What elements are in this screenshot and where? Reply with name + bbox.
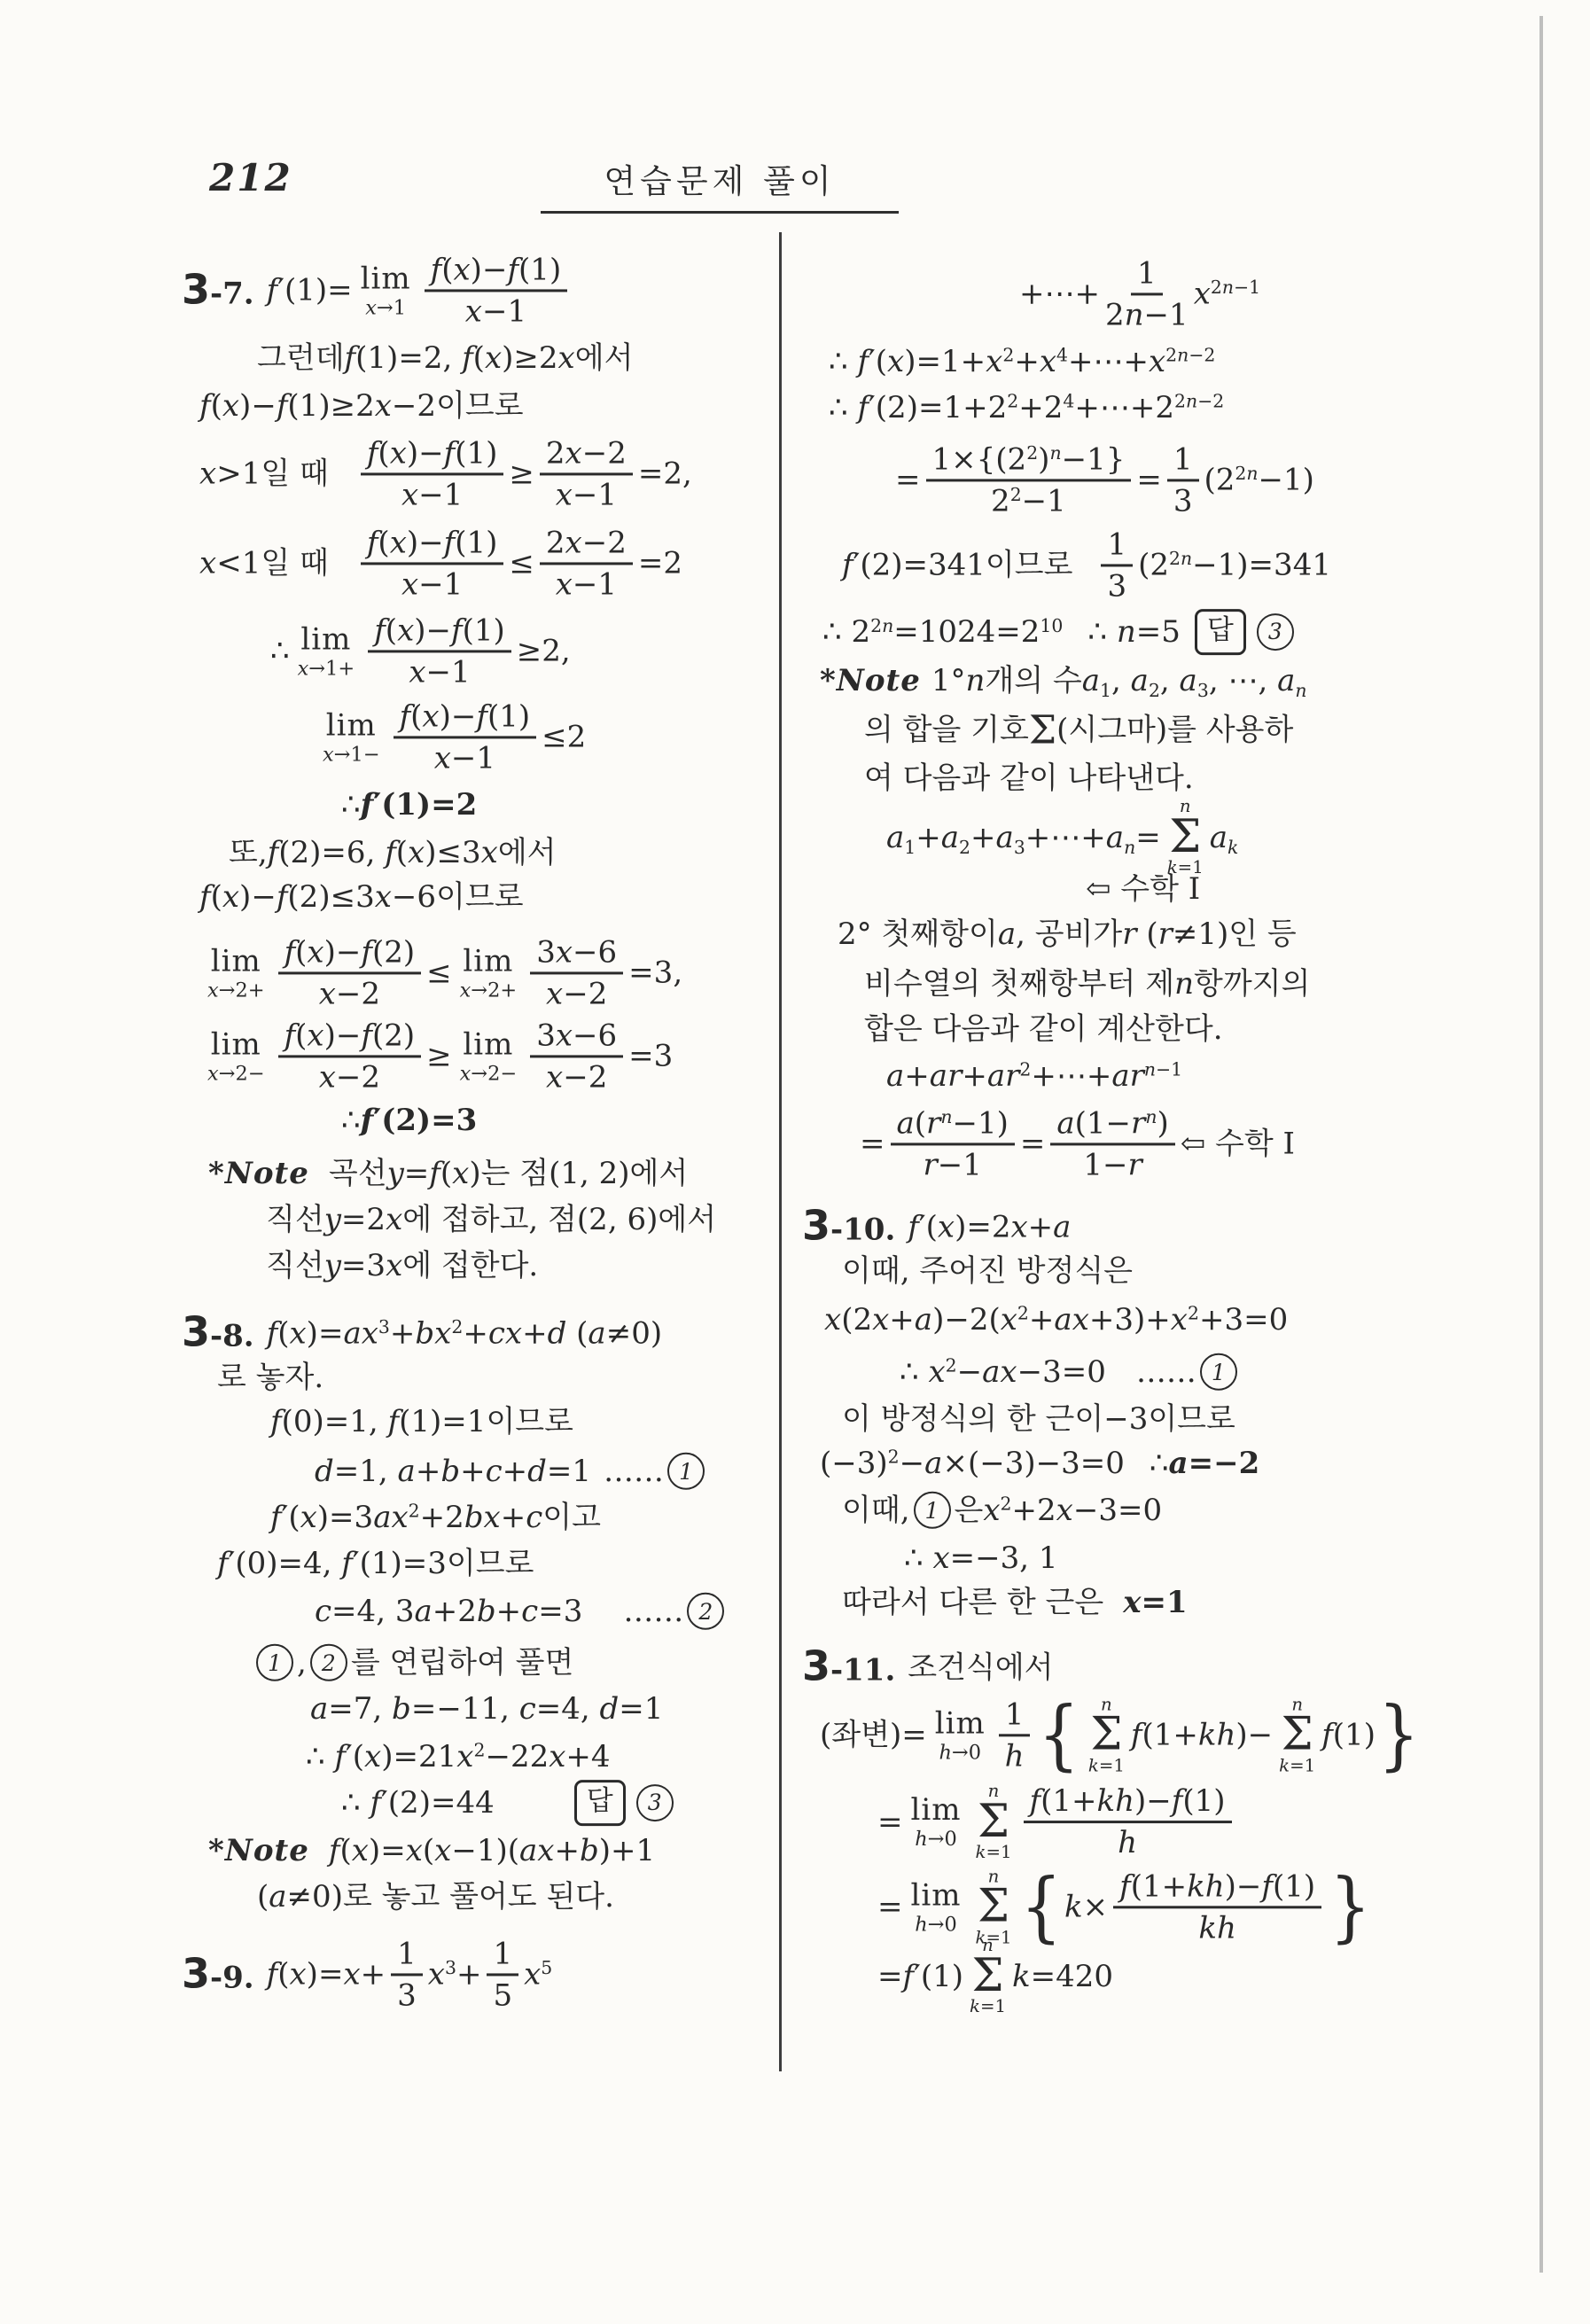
content-line: ∴ f′(x)=1+x2+x4+⋯+x2n−2	[829, 343, 1215, 381]
content-line: 3-11.조건식에서	[802, 1645, 1054, 1689]
sigma-sum: nΣk=1	[1279, 1696, 1315, 1775]
content-line: x<1일 때f(x)−f(1)x−1≤2x−2x−1=2	[199, 526, 682, 601]
limit-operator: limx→2−	[460, 1029, 518, 1083]
superscript: 2	[473, 1740, 485, 1763]
superscript: 2	[1002, 345, 1014, 368]
text-run: 이때, 주어진 방정식은	[842, 1252, 1133, 1291]
math-run: f(0)=1, f(1)=1	[270, 1403, 486, 1441]
fraction-denominator: x−2	[546, 975, 607, 1011]
sigma-icon: Σ	[1090, 1714, 1122, 1757]
problem-label-big: 3	[182, 1953, 210, 1993]
big-brace: }	[1378, 1688, 1420, 1783]
limit-word: lim	[935, 1708, 986, 1738]
text-run: 일 때	[261, 545, 329, 583]
text-run: 이므로	[436, 878, 524, 916]
content-line: 2° 첫째항이 a, 공비가 r (r≠1)인 등	[838, 916, 1297, 954]
fraction-denominator: x−1	[556, 565, 617, 602]
sum-lower: k=1	[1088, 1757, 1125, 1775]
math-run: =	[877, 1889, 903, 1927]
limit-subscript: h→0	[915, 1915, 957, 1934]
math-run: 10	[1040, 615, 1063, 636]
text-run: 이므로	[1148, 1400, 1235, 1439]
fraction-denominator: 3	[1107, 567, 1126, 604]
content-line: d=1, a+b+c+d=1……1	[315, 1453, 708, 1491]
content-line: 직선 y=2x에 접하고, 점 (2, 6)에서	[266, 1201, 716, 1239]
content-line: c=4, 3a+2b+c=3……2	[315, 1593, 728, 1631]
math-run: x2+2x−3=0	[983, 1492, 1162, 1530]
content-line: x>1일 때f(x)−f(1)x−1≥2x−2x−1=2,	[199, 436, 692, 511]
problem-label-big: 3	[802, 1645, 830, 1686]
math-run: 2x−2	[546, 525, 627, 560]
note-label: *Note	[208, 1832, 309, 1870]
math-run: 3	[1014, 837, 1025, 858]
superscript: 4	[1063, 391, 1074, 414]
math-run: x−1	[465, 294, 526, 330]
content-line: ∴ f′(2)=44답3	[341, 1780, 677, 1826]
superscript: n	[1145, 1107, 1157, 1127]
text-run: , 공비가	[1016, 916, 1122, 954]
fraction-numerator: f(x)−f(1)	[394, 699, 537, 738]
math-run: f′(x)=3ax2+2bx+c	[270, 1499, 542, 1537]
content-line: x(2x+a)−2(x2+ax+3)+x2+3=0	[824, 1301, 1288, 1339]
content-line: (−3)2−a×(−3)−3=0∴ a=−2	[820, 1445, 1259, 1483]
math-run: =3	[628, 1038, 673, 1076]
problem-label: 3-10.	[802, 1205, 895, 1249]
limit-word: lim	[326, 710, 377, 740]
text-run: 곡선	[329, 1155, 387, 1193]
fraction-numerator: f(x)−f(2)	[278, 935, 422, 974]
content-line: *Note곡선 y=f(x)는 점 (1, 2)에서	[208, 1155, 688, 1193]
math-run: ≥2,	[517, 633, 571, 671]
limit-subscript: h→0	[939, 1743, 981, 1762]
content-line: *Notef(x)=x(x−1)(ax+b)+1	[208, 1832, 655, 1870]
math-run: ≤2	[542, 719, 586, 757]
fraction-numerator: 1	[487, 1937, 518, 1976]
math-run: f(x)−f(1)	[367, 525, 498, 560]
math-run: 2n−2	[1165, 345, 1215, 366]
math-run: 3x−6	[536, 934, 617, 970]
math-run: 1	[1173, 441, 1193, 477]
sum-lower: k=1	[976, 1844, 1012, 1862]
problem-label: 3-9.	[182, 1953, 254, 1997]
fraction: 13	[391, 1937, 423, 2012]
math-run: 1	[397, 1936, 417, 1971]
fraction-denominator: x−2	[546, 1058, 607, 1095]
fraction: f(x)−f(1)x−1	[425, 253, 568, 328]
content-line: 그런데 f(1)=2, f(x)≥2x에서	[257, 339, 633, 378]
limit-subscript: x→1+	[298, 659, 355, 678]
sigma-icon: Σ	[1169, 816, 1201, 859]
circled-number: 1	[667, 1453, 705, 1490]
content-line: 로 놓자.	[217, 1359, 323, 1397]
text-run: 에서	[658, 1201, 716, 1239]
math-run: x→1+	[298, 657, 355, 680]
fraction: 3x−6x−2	[530, 935, 623, 1010]
superscript: 2	[1001, 1493, 1012, 1517]
math-run: f(1+kh)−	[1131, 1717, 1273, 1755]
fraction-denominator: h	[1005, 1736, 1025, 1773]
text-run: 합은 다음과 같이 계산한다.	[864, 1010, 1223, 1049]
math-run: x→2+	[207, 979, 265, 1002]
fraction-numerator: f(1+kh)−f(1)	[1113, 1869, 1321, 1908]
subscript: 2	[959, 837, 970, 860]
math-run: f(x)=x(x−1)(ax+b)+1	[329, 1832, 655, 1870]
math-run: a=7, b=−11, c=4, d=1	[310, 1690, 663, 1728]
content-line: 의 합을 기호 Σ(시그마)를 사용하	[864, 706, 1293, 754]
text-run: 이므로	[486, 1403, 573, 1441]
content-line: ∴ f′(1)=2	[341, 786, 477, 824]
math-run: a+ar+ar2+⋯+arn−1	[886, 1057, 1182, 1096]
math-run: 1	[1107, 526, 1126, 562]
problem-label: 3-11.	[802, 1645, 895, 1689]
math-run: k×	[1064, 1889, 1108, 1927]
text-run: 에 접한다.	[402, 1247, 538, 1285]
content-line: f(x)−f(1)≥2x−2이므로	[199, 387, 524, 425]
sum-lower: k=1	[970, 1998, 1006, 2016]
math-run: 3	[1173, 484, 1193, 519]
fraction-denominator: 3	[397, 1977, 417, 2013]
math-run: f(1)	[1321, 1717, 1376, 1755]
subscript: 2	[1149, 680, 1160, 703]
math-run: a(rn−1)	[897, 1105, 1009, 1141]
content-line: 1, 2를 연립하여 풀면	[253, 1644, 573, 1682]
math-run: f(1)=2, f(x)≥2x	[345, 339, 575, 378]
fraction: f(x)−f(1)x−1	[394, 699, 537, 775]
fraction-denominator: 1−r	[1083, 1146, 1142, 1182]
sum-lower: k=1	[1279, 1757, 1315, 1775]
subscript: 1	[1100, 680, 1111, 703]
math-run: x>1	[199, 456, 261, 494]
fraction-denominator: 2n−1	[1105, 296, 1189, 332]
math-run: f′(2)=3	[361, 1102, 478, 1140]
math-run: 1	[904, 837, 916, 858]
big-brace: }	[1329, 1860, 1371, 1955]
math-run: 2n−1	[1105, 298, 1189, 333]
subscript: n	[1124, 837, 1135, 860]
note-label: *Note	[208, 1155, 309, 1193]
math-run: 3	[397, 1978, 417, 2014]
math-run: 2	[473, 1740, 485, 1761]
math-run: f(1+kh)−f(1)	[1119, 1868, 1315, 1904]
math-run: 3	[445, 1958, 456, 1979]
math-run: h→0	[915, 1913, 957, 1936]
content-line: ∴ x2−ax−3=0……1	[900, 1353, 1241, 1392]
circled-number: 1	[256, 1644, 293, 1681]
sigma-sum: nΣk=1	[976, 1868, 1012, 1947]
text-run: 1°	[931, 662, 966, 700]
content-line: f(0)=1, f(1)=1이므로	[270, 1403, 573, 1441]
math-run: f′(1)=2	[361, 786, 478, 824]
text-run: 이므로	[436, 387, 524, 425]
content-line: +⋯+12n−1x2n−1	[1019, 256, 1260, 331]
text-run: 2° 첫째항이	[838, 916, 998, 954]
limit-subscript: x→1−	[323, 745, 380, 764]
content-line: =limh→0nΣk=1{k×f(1+kh)−f(1)kh}	[877, 1867, 1374, 1947]
superscript: 2	[451, 1316, 463, 1339]
fraction-numerator: 1	[1101, 527, 1133, 566]
math-run: y=3x	[324, 1247, 403, 1285]
math-run: 3	[1197, 680, 1209, 701]
math-run: 5	[541, 1958, 552, 1979]
math-run: x−1	[401, 478, 463, 513]
circled-number: 1	[1200, 1353, 1237, 1391]
text-run: 은	[955, 1492, 984, 1530]
subscript: 3	[1014, 837, 1025, 860]
math-run: =	[1020, 1126, 1046, 1164]
math-run: x→1−	[323, 743, 380, 766]
subscript: k	[1228, 837, 1238, 860]
content-line: =1×{(22)n−1}22−1=13(22n−1)	[895, 442, 1314, 518]
fraction-numerator: f(1+kh)−f(1)	[1024, 1784, 1232, 1823]
math-run: ∴ f′(x)=21x2−22x+4	[306, 1738, 611, 1776]
math-run: k=1	[1088, 1755, 1125, 1775]
problem-label-big: 3	[182, 269, 210, 309]
text-run: 를 연립하여 풀면	[351, 1644, 574, 1682]
page-header-title: 연습문제 풀이	[541, 154, 899, 214]
limit-word: lim	[211, 1029, 261, 1059]
text-run: 에서	[630, 1155, 689, 1193]
math-run: ∴	[341, 1102, 361, 1140]
content-line: ∴ f′(x)=21x2−22x+4	[306, 1738, 611, 1776]
math-run: n	[966, 662, 986, 700]
superscript: 2	[1019, 1059, 1031, 1082]
text-run: (좌변)=	[820, 1717, 927, 1755]
fraction: f(x)−f(2)x−2	[278, 935, 422, 1010]
sigma-sum: nΣk=1	[976, 1782, 1012, 1862]
math-run: x−1	[556, 567, 617, 603]
limit-word: lim	[211, 946, 261, 976]
text-run: 이므로	[986, 547, 1073, 585]
math-run: 2n−1	[1211, 277, 1260, 299]
content-line: limx→2+f(x)−f(2)x−2≤limx→2+3x−6x−2=3,	[199, 935, 682, 1010]
limit-operator: limh→0	[911, 1880, 962, 1934]
math-run: f(x)−f(1)	[374, 612, 505, 648]
text-run: 따라서 다른 한 근은	[842, 1584, 1103, 1622]
text-run: 항까지의	[1194, 965, 1310, 1003]
fraction-numerator: 2x−2	[540, 526, 633, 565]
math-run: 1	[1005, 1696, 1025, 1732]
fraction: 12n−1	[1105, 256, 1189, 331]
math-run: 2n	[1235, 464, 1258, 485]
subscript: n	[1295, 680, 1306, 703]
superscript: n−1	[1144, 1059, 1182, 1082]
math-run: h→0	[915, 1828, 957, 1851]
math-run: +⋯+	[1019, 276, 1100, 314]
limit-operator: limx→2+	[207, 946, 265, 1000]
content-line: *Note1° n개의 수 a1, a2, a3, ⋯, an	[820, 662, 1306, 700]
math-run: (−3)2−a×(−3)−3=0	[820, 1445, 1125, 1483]
text-run: 는 점	[481, 1155, 549, 1193]
superscript: 2	[1017, 1303, 1029, 1326]
fraction-denominator: x−1	[465, 292, 526, 329]
text-run: 이므로	[447, 1545, 534, 1583]
math-run: ∴	[1150, 1445, 1169, 1483]
math-run: 2	[1026, 442, 1038, 464]
math-run: (a≠0)	[257, 1878, 343, 1916]
math-run: x−2	[546, 1060, 607, 1096]
math-run: f′(x)=2x+a	[908, 1208, 1071, 1246]
subscript: 3	[1197, 680, 1209, 703]
fraction: a(1−rn)1−r	[1050, 1106, 1174, 1181]
fraction: f(1+kh)−f(1)h	[1024, 1784, 1232, 1860]
circled-number: 1	[914, 1492, 951, 1529]
superscript: 2	[1010, 485, 1022, 505]
math-run: 2x−2	[546, 435, 627, 471]
text-run: 로 놓고 풀어도 된다.	[343, 1878, 614, 1916]
fraction: 2x−2x−1	[540, 436, 633, 511]
math-run: ∴ x2−ax−3=0	[900, 1353, 1106, 1392]
limit-subscript: x→2−	[460, 1064, 518, 1083]
content-line: 또, f(2)=6, f(x)≤3x에서	[229, 834, 557, 872]
content-line: ∴ limx→1+f(x)−f(1)x−1≥2,	[270, 613, 571, 689]
circled-number: 3	[1257, 613, 1294, 651]
math-run: f(x)−f(1)	[400, 698, 531, 734]
limit-subscript: h→0	[915, 1829, 957, 1849]
content-line: 합은 다음과 같이 계산한다.	[864, 1010, 1223, 1049]
fraction: f(1+kh)−f(1)kh	[1113, 1869, 1321, 1945]
limit-operator: limx→1+	[298, 624, 355, 678]
circled-number: 2	[310, 1644, 347, 1681]
content-line: =limh→0nΣk=1f(1+kh)−f(1)h	[877, 1782, 1237, 1862]
fraction: 1h	[999, 1697, 1031, 1773]
math-run: (2, 6)	[577, 1201, 658, 1239]
fraction-denominator: r−1	[923, 1146, 981, 1182]
fraction-denominator: kh	[1198, 1908, 1236, 1945]
math-run: x<1	[199, 545, 261, 583]
content-line: ∴ f′(2)=3	[341, 1102, 477, 1140]
fraction-numerator: 1	[1167, 442, 1199, 481]
math-run: x−2	[319, 1060, 380, 1096]
math-run: h→0	[939, 1741, 981, 1764]
math-run: 2	[946, 1355, 957, 1376]
math-run: =f′(1)	[877, 1958, 963, 1996]
text-run: 에서	[498, 834, 557, 872]
superscript: 2	[1188, 1303, 1199, 1326]
math-run: n	[1174, 965, 1194, 1003]
superscript: 3	[445, 1958, 456, 1981]
text-run: 직선	[266, 1247, 324, 1285]
math-run: ∴ 22n=1024=210	[822, 613, 1063, 651]
text-run: 직선	[266, 1201, 324, 1239]
math-run: =2,	[638, 456, 692, 494]
math-run: ak	[1210, 819, 1239, 857]
fraction: f(x)−f(1)x−1	[361, 436, 504, 511]
content-line: a1+a2+a3+⋯+an=nΣk=1ak	[886, 798, 1238, 877]
fraction-denominator: h	[1118, 1824, 1137, 1860]
sigma-icon: Σ	[978, 1801, 1009, 1844]
text-run: ……	[1136, 1353, 1196, 1392]
math-run: 22−1	[991, 484, 1066, 519]
math-run: x=1	[1123, 1584, 1187, 1622]
fraction: f(x)−f(2)x−2	[278, 1018, 422, 1094]
math-run: 2n	[1169, 549, 1192, 570]
math-run: 3	[378, 1316, 390, 1337]
math-run: x−2	[319, 977, 380, 1012]
fraction-numerator: f(x)−f(2)	[278, 1018, 422, 1057]
problem-label: 3-7.	[182, 269, 254, 313]
math-run: ∴	[270, 633, 290, 671]
math-run: x→1	[365, 296, 406, 319]
text-run: 에서	[575, 339, 634, 378]
math-run: 4	[1063, 391, 1074, 412]
content-line: 여 다음과 같이 나타낸다.	[864, 760, 1194, 798]
text-run: 의 합을 기호	[864, 712, 1029, 750]
content-line: ∴ 22n=1024=210∴ n=5답3	[822, 609, 1298, 655]
math-run: (22n−1)=341	[1138, 547, 1331, 585]
math-run: x2n−1	[1194, 276, 1260, 314]
content-line: (좌변)=limh→01h{nΣk=1f(1+kh)−nΣk=1f(1)}	[820, 1695, 1422, 1775]
math-run: ∴ f′(2)=1+22+24+⋯+22n−2	[829, 389, 1224, 427]
superscript: 10	[1040, 615, 1063, 638]
content-line: limx→1−f(x)−f(1)x−1≤2	[315, 699, 586, 775]
limit-subscript: x→1	[365, 298, 406, 317]
math-run: k	[1228, 837, 1238, 858]
sigma-icon: Σ	[978, 1886, 1009, 1929]
content-line: 직선 y=3x에 접한다.	[266, 1247, 538, 1285]
math-run: x−2	[546, 977, 607, 1012]
fraction-denominator: x−1	[401, 476, 463, 512]
math-run: n	[940, 1106, 952, 1127]
text-run: 인 등	[1228, 916, 1297, 954]
limit-operator: limx→1	[361, 263, 411, 317]
text-run: ……	[623, 1593, 683, 1631]
problem-label-big: 3	[802, 1205, 830, 1245]
fraction: a(rn−1)r−1	[891, 1106, 1015, 1181]
math-run: ≥	[509, 456, 534, 494]
content-line: 이때, 주어진 방정식은	[842, 1252, 1133, 1291]
math-run: f(x)=x+	[267, 1956, 386, 1994]
content-line: f′(2)=341이므로13(22n−1)=341	[842, 527, 1331, 603]
fraction-numerator: a(rn−1)	[891, 1106, 1015, 1145]
math-run: f(x)−f(2)	[284, 934, 416, 970]
math-run: ∴ n=5	[1087, 613, 1181, 651]
fraction-denominator: x−1	[556, 476, 617, 512]
sigma-icon: Σ	[971, 1955, 1003, 1998]
math-run: =	[860, 1126, 885, 1164]
content-line: 이 방정식의 한 근이 −3이므로	[842, 1400, 1235, 1439]
math-run: 1	[1137, 255, 1157, 291]
fraction: 13	[1101, 527, 1133, 603]
math-run: d=1, a+b+c+d=1	[315, 1453, 591, 1491]
math-run: n	[1295, 680, 1306, 701]
content-line: a=7, b=−11, c=4, d=1	[310, 1690, 663, 1728]
sigma-sum: nΣk=1	[1167, 798, 1204, 877]
math-run: f(1+kh)−f(1)	[1030, 1783, 1226, 1819]
content-line: f′(x)=3ax2+2bx+c이고	[270, 1499, 601, 1537]
math-run: 2	[409, 1501, 420, 1522]
fraction-numerator: 3x−6	[530, 1018, 623, 1057]
content-line: =a(rn−1)r−1=a(1−rn)1−r ⇦ 수학 I	[860, 1106, 1295, 1181]
math-run: a1+a2+a3+⋯+an=	[886, 819, 1161, 857]
content-line: ⇦ 수학 I	[1086, 870, 1200, 909]
content-line: f′(0)=4, f′(1)=3이므로	[217, 1545, 534, 1583]
math-run: f(x)−f(1)	[367, 435, 498, 471]
fraction-numerator: a(1−rn)	[1050, 1106, 1174, 1145]
limit-subscript: x→2+	[460, 980, 518, 1000]
fraction-numerator: f(x)−f(1)	[368, 613, 511, 652]
problem-label-suffix: -11.	[830, 1651, 895, 1689]
scanned-page: 212 연습문제 풀이 3-7.f′(1)=limx→1f(x)−f(1)x−1…	[0, 0, 1590, 2324]
text-run: 개의 수	[985, 662, 1081, 700]
fraction-numerator: 3x−6	[530, 935, 623, 974]
math-run: ≥	[426, 1038, 452, 1076]
math-run: x3+	[428, 1956, 482, 1994]
math-run: f′(1)=	[267, 272, 353, 310]
fraction-numerator: 2x−2	[540, 436, 633, 475]
limit-word: lim	[911, 1880, 962, 1910]
math-run: 2	[1007, 391, 1018, 412]
text-run: 조건식에서	[908, 1649, 1053, 1687]
